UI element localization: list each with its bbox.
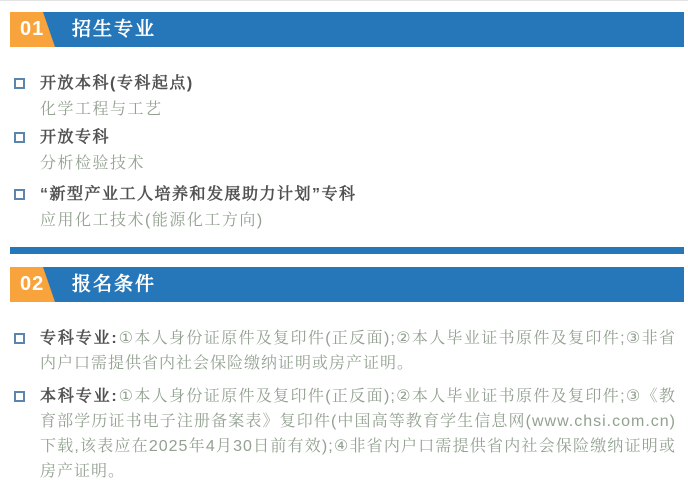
major-item-open-bachelor: 开放本科(专科起点) 化学工程与工艺 — [0, 71, 688, 123]
major-detail: 分析检验技术 — [40, 151, 676, 177]
square-bullet-icon — [14, 333, 25, 344]
section-02-header: 02 报名条件 — [10, 267, 684, 302]
major-label: 开放本科(专科起点) — [40, 71, 676, 97]
section-01-header: 01 招生专业 — [10, 12, 684, 47]
square-bullet-icon — [14, 78, 25, 89]
major-item-industrial-worker-plan: “新型产业工人培养和发展助力计划”专科 应用化工技术(能源化工方向) — [0, 182, 688, 234]
section-01-title: 招生专业 — [72, 12, 156, 47]
section-02-title: 报名条件 — [72, 267, 156, 302]
requirement-body: ①本人身份证原件及复印件(正反面);②本人毕业证书原件及复印件;③《教育部学历证… — [40, 388, 676, 480]
major-label: 开放专科 — [40, 125, 676, 151]
requirement-label: 本科专业: — [40, 388, 118, 405]
requirement-paragraph: 本科专业:①本人身份证原件及复印件(正反面);②本人毕业证书原件及复印件;③《教… — [40, 384, 676, 482]
square-bullet-icon — [14, 189, 25, 200]
requirement-item-bachelor: 本科专业:①本人身份证原件及复印件(正反面);②本人毕业证书原件及复印件;③《教… — [0, 384, 688, 482]
section-admission-majors: 01 招生专业 开放本科(专科起点) 化学工程与工艺 开放专科 分析检验技术 “… — [0, 12, 688, 234]
major-detail: 应用化工技术(能源化工方向) — [40, 208, 676, 234]
major-label: “新型产业工人培养和发展助力计划”专科 — [40, 182, 676, 208]
requirement-paragraph: 专科专业:①本人身份证原件及复印件(正反面);②本人毕业证书原件及复印件;③非省… — [40, 326, 676, 376]
square-bullet-icon — [14, 132, 25, 143]
major-item-open-college: 开放专科 分析检验技术 — [0, 125, 688, 177]
section-registration-requirements: 02 报名条件 专科专业:①本人身份证原件及复印件(正反面);②本人毕业证书原件… — [0, 267, 688, 482]
requirement-body: ①本人身份证原件及复印件(正反面);②本人毕业证书原件及复印件;③非省内户口需提… — [40, 330, 676, 372]
major-detail: 化学工程与工艺 — [40, 97, 676, 123]
section-02-number-badge: 02 — [10, 267, 55, 302]
section-01-number-badge: 01 — [10, 12, 55, 47]
requirement-label: 专科专业: — [40, 330, 118, 347]
section-divider-rule — [10, 247, 684, 254]
square-bullet-icon — [14, 391, 25, 402]
article-page: 01 招生专业 开放本科(专科起点) 化学工程与工艺 开放专科 分析检验技术 “… — [0, 12, 688, 482]
requirement-item-college: 专科专业:①本人身份证原件及复印件(正反面);②本人毕业证书原件及复印件;③非省… — [0, 326, 688, 376]
